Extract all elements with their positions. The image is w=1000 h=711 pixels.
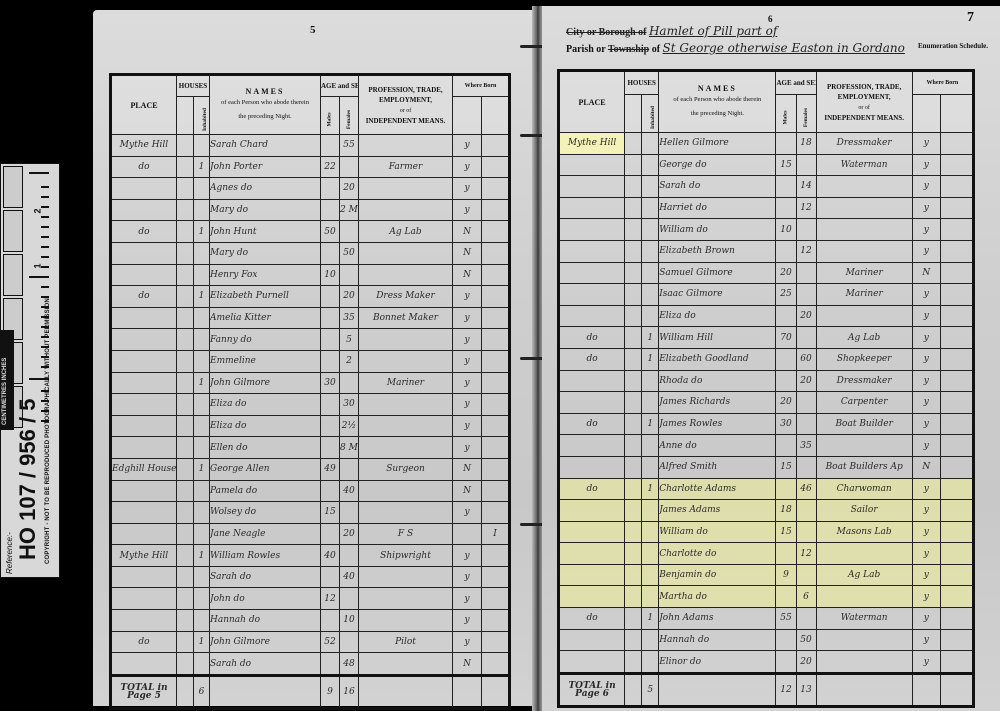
table-row: Martha do6y: [559, 586, 974, 608]
parish-of: of: [652, 44, 660, 55]
born-foreign-cell: [940, 370, 973, 392]
profession-cell: Surgeon: [359, 458, 453, 480]
table-row: James Adams18Sailory: [559, 500, 974, 522]
table-row: do1James Rowles30Boat Buildery: [559, 413, 974, 435]
copyright-notice: COPYRIGHT - NOT TO BE REPRODUCED PHOTOGR…: [45, 298, 51, 564]
reference-black-band: CENTIMETRES INCHES: [0, 330, 14, 430]
place-cell: [559, 586, 625, 608]
table-row: Elizabeth Brown12y: [559, 240, 974, 262]
uninhabited-cell: [177, 394, 194, 416]
born-same-county-cell: y: [912, 154, 940, 176]
uninhabited-cell: [625, 240, 642, 262]
uninhabited-cell: [625, 197, 642, 219]
parish-heading: Parish or Township of St George otherwis…: [566, 41, 905, 55]
place-cell: [111, 264, 177, 286]
born-foreign-cell: [482, 178, 510, 200]
uninhabited-cell: [177, 415, 194, 437]
inhabited-cell: [642, 392, 659, 414]
males-age-cell: 55: [776, 608, 796, 630]
table-row: Mythe HillHellen Gilmore18Dressmakery: [559, 133, 974, 155]
name-cell: James Richards: [659, 392, 776, 414]
females-age-cell: [796, 608, 816, 630]
place-cell: [559, 154, 625, 176]
profession-cell: Mariner: [359, 372, 453, 394]
born-same-county-cell: y: [453, 437, 482, 459]
males-age-cell: [776, 543, 796, 565]
place-cell: [111, 242, 177, 264]
total-females: 16: [340, 675, 359, 708]
females-age-cell: [340, 156, 359, 178]
inhabited-cell: [642, 651, 659, 674]
table-row: John do12y: [111, 588, 510, 610]
uninhabited-cell: [177, 135, 194, 157]
place-cell: [111, 307, 177, 329]
inhabited-label: Inhabited: [202, 108, 209, 131]
prof-line: INDEPENDENT MEANS.: [824, 114, 904, 122]
table-row: Mythe HillSarah Chard55y: [111, 135, 510, 157]
name-cell: Sarah do: [659, 176, 776, 198]
males-label: Males: [327, 112, 334, 126]
total-uninhabited: [177, 675, 194, 708]
place-cell: do: [559, 478, 625, 500]
females-age-cell: [340, 458, 359, 480]
table-row: do1John Adams55Watermany: [559, 608, 974, 630]
profession-cell: [359, 199, 453, 221]
uninhabited-cell: [177, 588, 194, 610]
females-label: Females: [346, 109, 353, 128]
born-foreign-cell: [940, 435, 973, 457]
males-age-cell: [776, 586, 796, 608]
born-foreign-cell: [940, 608, 973, 630]
females-age-cell: 20: [796, 370, 816, 392]
place-cell: do: [111, 631, 177, 653]
profession-cell: [816, 629, 912, 651]
uninhabited-cell: [177, 329, 194, 351]
place-cell: [111, 415, 177, 437]
males-age-cell: [776, 370, 796, 392]
born-same-county-cell: y: [453, 307, 482, 329]
place-cell: [559, 392, 625, 414]
inhabited-label: Inhabited: [650, 106, 657, 129]
males-age-cell: 40: [321, 545, 340, 567]
profession-cell: Dress Maker: [359, 286, 453, 308]
header-same-county: Whether Born in same County: [912, 95, 940, 133]
header-place: PLACE: [111, 75, 177, 135]
inhabited-cell: [194, 264, 210, 286]
profession-cell: Bonnet Maker: [359, 307, 453, 329]
names-subtitle: of each Person who abode therein: [659, 93, 775, 107]
inhabited-cell: 1: [194, 631, 210, 653]
born-same-county-cell: y: [912, 521, 940, 543]
name-cell: John Adams: [659, 608, 776, 630]
born-foreign-cell: [940, 284, 973, 306]
table-row: Elinor do20y: [559, 651, 974, 674]
table-row: Samuel Gilmore20MarinerN: [559, 262, 974, 284]
born-same-county-cell: y: [912, 197, 940, 219]
township-label: Township: [608, 44, 649, 55]
header-names: NAMESof each Person who abode thereinthe…: [659, 71, 776, 133]
name-cell: Alfred Smith: [659, 456, 776, 478]
born-foreign-cell: [940, 348, 973, 370]
born-same-county-cell: y: [912, 370, 940, 392]
uninhabited-cell: [177, 502, 194, 524]
table-row: Mary do50N: [111, 242, 510, 264]
females-age-cell: 46: [796, 478, 816, 500]
name-cell: James Rowles: [659, 413, 776, 435]
inhabited-cell: [642, 240, 659, 262]
males-age-cell: 20: [776, 262, 796, 284]
header-same-county: Whether Born in same County: [453, 97, 482, 135]
inhabited-cell: 1: [642, 413, 659, 435]
name-cell: Elizabeth Brown: [659, 240, 776, 262]
profession-cell: Ag Lab: [816, 327, 912, 349]
table-row: William do10y: [559, 219, 974, 241]
females-age-cell: 35: [796, 435, 816, 457]
born-same-county-cell: y: [453, 135, 482, 157]
inhabited-cell: [194, 566, 210, 588]
born-foreign-cell: [482, 610, 510, 632]
males-age-cell: 30: [776, 413, 796, 435]
males-age-cell: [321, 199, 340, 221]
uninhabited-cell: [625, 629, 642, 651]
header-age-sex: AGE and SEX: [776, 71, 816, 95]
inhabited-cell: [194, 610, 210, 632]
name-cell: Ellen do: [210, 437, 321, 459]
table-row: Wolsey do15y: [111, 502, 510, 524]
born-same-county-cell: y: [453, 329, 482, 351]
place-cell: [111, 566, 177, 588]
uninhabited-cell: [177, 566, 194, 588]
place-cell: [559, 500, 625, 522]
born-same-county-cell: y: [912, 478, 940, 500]
profession-cell: Farmer: [359, 156, 453, 178]
names-title: NAMES: [246, 87, 285, 96]
name-cell: Jane Neagle: [210, 523, 321, 545]
name-cell: Fanny do: [210, 329, 321, 351]
inhabited-cell: 1: [642, 478, 659, 500]
name-cell: Mary do: [210, 242, 321, 264]
born-foreign-cell: [940, 521, 973, 543]
born-foreign-cell: [482, 350, 510, 372]
females-age-cell: 2: [340, 350, 359, 372]
females-age-cell: 35: [340, 307, 359, 329]
born-same-county-cell: y: [912, 629, 940, 651]
profession-cell: [816, 219, 912, 241]
profession-cell: [359, 264, 453, 286]
females-age-cell: 20: [340, 523, 359, 545]
name-cell: Amelia Kitter: [210, 307, 321, 329]
place-cell: [559, 629, 625, 651]
females-age-cell: [340, 631, 359, 653]
profession-cell: [816, 586, 912, 608]
table-row: Pamela do40N: [111, 480, 510, 502]
name-cell: William Rowles: [210, 545, 321, 567]
females-age-cell: 30: [340, 394, 359, 416]
place-cell: Mythe Hill: [559, 133, 625, 155]
place-cell: [559, 435, 625, 457]
uninhabited-cell: [625, 284, 642, 306]
males-age-cell: [776, 240, 796, 262]
females-age-cell: 60: [796, 348, 816, 370]
born-same-county-cell: y: [912, 348, 940, 370]
header-foreign: Whether Born in Scotland, Ireland, or Fo…: [940, 95, 973, 133]
name-cell: George Allen: [210, 458, 321, 480]
table-row: Sarah do48N: [111, 653, 510, 676]
name-cell: Hellen Gilmore: [659, 133, 776, 155]
prof-line: INDEPENDENT MEANS.: [366, 117, 446, 125]
born-foreign-cell: [482, 502, 510, 524]
header-inhabited: Inhabited: [194, 97, 210, 135]
females-age-cell: [796, 564, 816, 586]
born-same-county-cell: y: [912, 413, 940, 435]
females-age-cell: [340, 372, 359, 394]
uninhabited-cell: [177, 221, 194, 243]
uninhabited-cell: [177, 178, 194, 200]
females-age-cell: 2 Months: [340, 199, 359, 221]
males-age-cell: [321, 437, 340, 459]
uninhabited-cell: [625, 154, 642, 176]
uninhabited-cell: [177, 610, 194, 632]
place-cell: do: [559, 413, 625, 435]
uninhabited-cell: [625, 392, 642, 414]
profession-cell: Waterman: [816, 154, 912, 176]
males-age-cell: 12: [321, 588, 340, 610]
uninhabited-cell: [177, 458, 194, 480]
uninhabited-cell: [625, 219, 642, 241]
females-age-cell: 6: [796, 586, 816, 608]
inhabited-cell: [194, 329, 210, 351]
total-males: 12: [776, 673, 796, 706]
place-cell: [111, 178, 177, 200]
inhabited-cell: [194, 178, 210, 200]
inhabited-cell: [642, 262, 659, 284]
table-row: do1William Hill70Ag Laby: [559, 327, 974, 349]
place-cell: do: [559, 608, 625, 630]
born-same-county-cell: N: [453, 221, 482, 243]
table-row: Charlotte do12y: [559, 543, 974, 565]
name-cell: John Porter: [210, 156, 321, 178]
name-cell: Isaac Gilmore: [659, 284, 776, 306]
females-age-cell: [340, 264, 359, 286]
born-foreign-cell: [940, 262, 973, 284]
prof-line: PROFESSION, TRADE,: [368, 86, 442, 94]
females-age-cell: 14: [796, 176, 816, 198]
name-cell: Harriet do: [659, 197, 776, 219]
born-foreign-cell: [482, 135, 510, 157]
profession-cell: [359, 415, 453, 437]
males-age-cell: 15: [776, 154, 796, 176]
uninhabited-cell: [177, 199, 194, 221]
table-row: Hannah do10y: [111, 610, 510, 632]
profession-cell: [359, 242, 453, 264]
place-cell: do: [559, 327, 625, 349]
name-cell: Sarah Chard: [210, 135, 321, 157]
inhabited-cell: [194, 415, 210, 437]
inhabited-cell: [194, 588, 210, 610]
table-row: Agnes do20y: [111, 178, 510, 200]
name-cell: James Adams: [659, 500, 776, 522]
females-age-cell: [796, 284, 816, 306]
header-where-born: Where Born: [453, 75, 510, 97]
city-heading: City or Borough of Hamlet of Pill part o…: [566, 24, 777, 38]
profession-cell: Dressmaker: [816, 370, 912, 392]
name-cell: Elinor do: [659, 651, 776, 674]
born-same-county-cell: N: [453, 653, 482, 676]
place-cell: [559, 564, 625, 586]
census-table-left: PLACE HOUSES NAMESof each Person who abo…: [109, 73, 511, 710]
table-row: Eliza do20y: [559, 305, 974, 327]
born-same-county-cell: y: [912, 564, 940, 586]
uninhabited-cell: [625, 305, 642, 327]
table-row: Fanny do5y: [111, 329, 510, 351]
inhabited-cell: 1: [194, 545, 210, 567]
males-age-cell: 9: [776, 564, 796, 586]
females-age-cell: 12: [796, 240, 816, 262]
header-houses: HOUSES: [177, 75, 210, 97]
males-age-cell: 10: [776, 219, 796, 241]
males-age-cell: [321, 135, 340, 157]
profession-cell: [359, 394, 453, 416]
name-cell: William Hill: [659, 327, 776, 349]
born-foreign-cell: [940, 478, 973, 500]
inhabited-cell: [642, 564, 659, 586]
females-label: Females: [803, 107, 810, 126]
name-cell: John do: [210, 588, 321, 610]
uninhabited-cell: [625, 456, 642, 478]
table-row: Sarah do40y: [111, 566, 510, 588]
total-label: TOTAL inPage 6: [559, 673, 625, 706]
profession-cell: [359, 178, 453, 200]
place-cell: [559, 197, 625, 219]
females-age-cell: [796, 456, 816, 478]
black-band-text: CENTIMETRES INCHES: [2, 358, 8, 425]
uninhabited-cell: [625, 651, 642, 674]
males-age-cell: [321, 178, 340, 200]
place-cell: [559, 284, 625, 306]
born-foreign-cell: [940, 392, 973, 414]
born-foreign-cell: [940, 456, 973, 478]
females-age-cell: [796, 413, 816, 435]
table-row: do1John Hunt50Ag LabN: [111, 221, 510, 243]
name-cell: Samuel Gilmore: [659, 262, 776, 284]
table-row: Ellen do8 Monthy: [111, 437, 510, 459]
born-foreign-cell: [940, 629, 973, 651]
name-cell: Charlotte Adams: [659, 478, 776, 500]
inhabited-cell: 1: [194, 286, 210, 308]
name-cell: Elizabeth Purnell: [210, 286, 321, 308]
born-foreign-cell: [940, 564, 973, 586]
born-foreign-cell: [482, 545, 510, 567]
profession-cell: Masons Lab: [816, 521, 912, 543]
place-cell: [111, 437, 177, 459]
name-cell: Sarah do: [210, 653, 321, 676]
born-same-county-cell: y: [912, 500, 940, 522]
males-age-cell: [776, 305, 796, 327]
born-foreign-cell: [482, 437, 510, 459]
table-row: Edghill House Mythe Hill1George Allen49S…: [111, 458, 510, 480]
header-males: Males: [321, 97, 340, 135]
name-cell: Agnes do: [210, 178, 321, 200]
males-age-cell: [776, 478, 796, 500]
born-foreign-cell: [940, 500, 973, 522]
profession-cell: [359, 502, 453, 524]
table-row: Benjamin do9Ag Laby: [559, 564, 974, 586]
page-number-left: 5: [310, 24, 316, 36]
inhabited-cell: [194, 350, 210, 372]
place-cell: [559, 651, 625, 674]
uninhabited-cell: [625, 500, 642, 522]
profession-cell: [359, 350, 453, 372]
table-row: 1John Gilmore30Marinery: [111, 372, 510, 394]
born-same-county-cell: y: [453, 631, 482, 653]
born-foreign-cell: [940, 219, 973, 241]
uninhabited-cell: [177, 523, 194, 545]
header-uninhabited: Uninhabited or Building: [625, 95, 642, 133]
born-foreign-cell: [940, 327, 973, 349]
born-foreign-cell: [940, 197, 973, 219]
prof-line: or of: [858, 105, 870, 111]
born-same-county-cell: y: [453, 415, 482, 437]
born-same-county-cell: y: [453, 178, 482, 200]
females-age-cell: [796, 327, 816, 349]
table-row: Mythe Hill1William Rowles40Shipwrighty: [111, 545, 510, 567]
header-profession: PROFESSION, TRADE,EMPLOYMENT,or ofINDEPE…: [359, 75, 453, 135]
uninhabited-cell: [177, 156, 194, 178]
place-cell: [111, 480, 177, 502]
page-number-center: 6: [768, 14, 773, 24]
table-row: Isaac Gilmore25Marinery: [559, 284, 974, 306]
profession-cell: Dressmaker: [816, 133, 912, 155]
born-foreign-cell: [940, 586, 973, 608]
prof-line: EMPLOYMENT,: [379, 96, 432, 104]
header-names: NAMESof each Person who abode thereinthe…: [210, 75, 321, 135]
born-same-county-cell: y: [912, 133, 940, 155]
uninhabited-cell: [625, 543, 642, 565]
born-same-county-cell: y: [912, 284, 940, 306]
total-profession-blank: [816, 673, 912, 706]
inhabited-cell: [194, 394, 210, 416]
males-age-cell: 15: [776, 456, 796, 478]
total-foreign-blank: [940, 673, 973, 706]
profession-cell: Charwoman: [816, 478, 912, 500]
profession-cell: [359, 135, 453, 157]
prof-line: or of: [400, 108, 412, 114]
table-row: William do15Masons Laby: [559, 521, 974, 543]
uninhabited-cell: [625, 348, 642, 370]
place-cell: Mythe Hill: [111, 135, 177, 157]
inhabited-cell: [642, 154, 659, 176]
total-label: TOTAL inPage 5: [111, 675, 177, 708]
inhabited-cell: 1: [194, 221, 210, 243]
females-age-cell: [340, 588, 359, 610]
males-age-cell: [321, 350, 340, 372]
place-cell: [111, 329, 177, 351]
born-foreign-cell: [482, 394, 510, 416]
total-profession-blank: [359, 675, 453, 708]
males-age-cell: 22: [321, 156, 340, 178]
profession-cell: [816, 305, 912, 327]
header-place: PLACE: [559, 71, 625, 133]
born-same-county-cell: y: [453, 286, 482, 308]
table-row: Eliza do2½y: [111, 415, 510, 437]
place-cell: [559, 262, 625, 284]
place-cell: [559, 456, 625, 478]
females-age-cell: 20: [340, 286, 359, 308]
profession-cell: Carpenter: [816, 392, 912, 414]
born-same-county-cell: y: [453, 502, 482, 524]
uninhabited-cell: [177, 264, 194, 286]
total-inhabited: 6: [194, 675, 210, 708]
